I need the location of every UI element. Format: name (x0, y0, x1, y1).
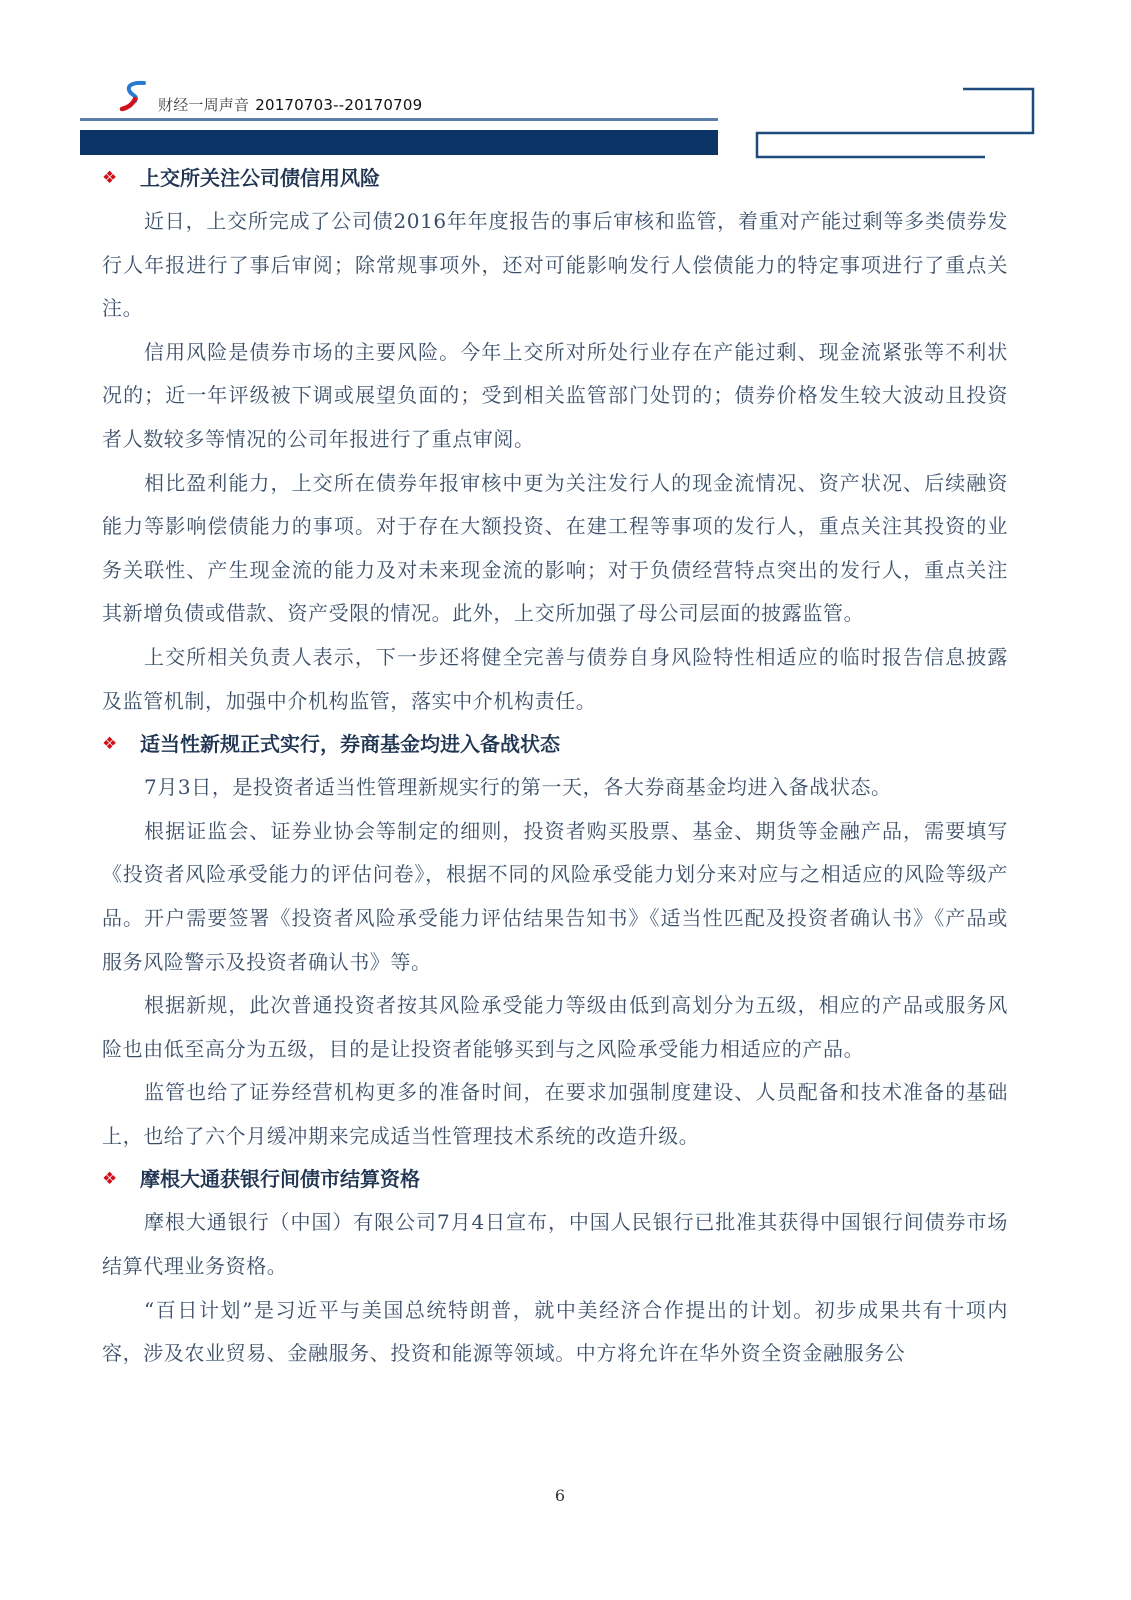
section-heading-text: 摩根大通获银行间债市结算资格 (140, 1167, 420, 1191)
header-navy-bar (80, 130, 718, 155)
section-heading-text: 上交所关注公司债信用风险 (140, 166, 380, 190)
header-bracket-decoration (740, 80, 1040, 165)
diamond-bullet-icon: ❖ (102, 157, 120, 200)
paragraph: 摩根大通银行（中国）有限公司7月4日宣布，中国人民银行已批准其获得中国银行间债券… (102, 1201, 1008, 1288)
diamond-bullet-icon: ❖ (102, 1158, 120, 1201)
header-divider-line (80, 118, 718, 121)
section-heading: ❖ 上交所关注公司债信用风险 (102, 157, 1008, 200)
section-heading: ❖ 摩根大通获银行间债市结算资格 (102, 1158, 1008, 1201)
paragraph: 近日，上交所完成了公司债2016年年度报告的事后审核和监管，着重对产能过剩等多类… (102, 200, 1008, 331)
paragraph: 7月3日，是投资者适当性管理新规实行的第一天，各大券商基金均进入备战状态。 (102, 766, 1008, 810)
paragraph: 信用风险是债券市场的主要风险。今年上交所对所处行业存在产能过剩、现金流紧张等不利… (102, 331, 1008, 462)
logo-icon (118, 80, 150, 112)
paragraph: “百日计划”是习近平与美国总统特朗普，就中美经济合作提出的计划。初步成果共有十项… (102, 1289, 1008, 1376)
page-number: 6 (545, 1486, 575, 1505)
header-title: 财经一周声音20170703--20170709 (158, 94, 422, 115)
paragraph: 根据新规，此次普通投资者按其风险承受能力等级由低到高划分为五级，相应的产品或服务… (102, 984, 1008, 1071)
paragraph: 监管也给了证券经营机构更多的准备时间，在要求加强制度建设、人员配备和技术准备的基… (102, 1071, 1008, 1158)
diamond-bullet-icon: ❖ (102, 723, 120, 766)
section-heading: ❖ 适当性新规正式实行，券商基金均进入备战状态 (102, 723, 1008, 766)
article-body: ❖ 上交所关注公司债信用风险 近日，上交所完成了公司债2016年年度报告的事后审… (102, 157, 1008, 1376)
paragraph: 上交所相关负责人表示，下一步还将健全完善与债券自身风险特性相适应的临时报告信息披… (102, 636, 1008, 723)
paragraph: 相比盈利能力，上交所在债券年报审核中更为关注发行人的现金流情况、资产状况、后续融… (102, 462, 1008, 636)
section-heading-text: 适当性新规正式实行，券商基金均进入备战状态 (140, 732, 560, 756)
paragraph: 根据证监会、证券业协会等制定的细则，投资者购买股票、基金、期货等金融产品，需要填… (102, 810, 1008, 984)
date-range: 20170703--20170709 (255, 96, 422, 114)
publication-title: 财经一周声音 (158, 96, 249, 114)
